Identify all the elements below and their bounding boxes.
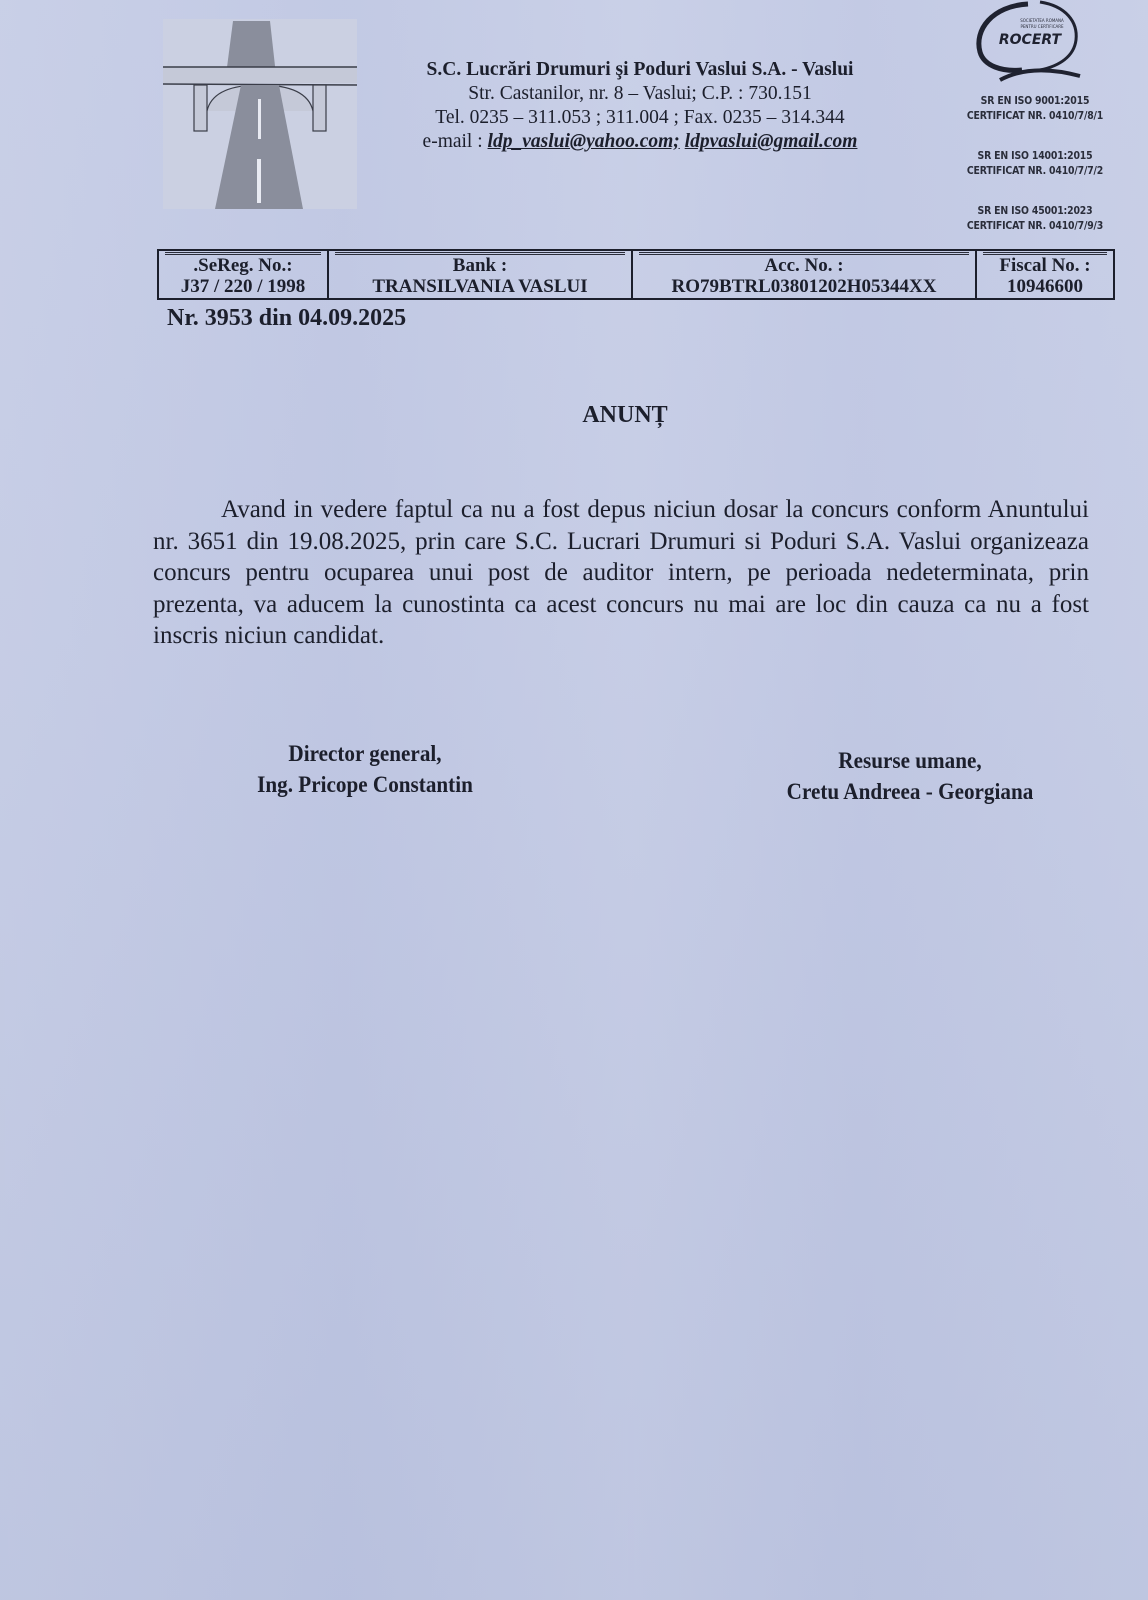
- certificate-iso-14001: SR EN ISO 14001:2015 CERTIFICAT NR. 0410…: [959, 148, 1112, 178]
- registration-cell: .SeReg. No.: J37 / 220 / 1998: [158, 250, 328, 299]
- fiscal-cell: Fiscal No. : 10946600: [976, 250, 1114, 299]
- signature-name: Ing. Pricope Constantin: [218, 769, 512, 800]
- certificate-iso-9001: SR EN ISO 9001:2015 CERTIFICAT NR. 0410/…: [959, 93, 1112, 123]
- fiscal-label: Fiscal No. :: [983, 252, 1107, 276]
- bank-cell: Bank : TRANSILVANIA VASLUI: [328, 250, 632, 299]
- certificate-number: CERTIFICAT NR. 0410/7/7/2: [959, 163, 1112, 178]
- registration-value: J37 / 220 / 1998: [165, 276, 321, 297]
- certificate-standard: SR EN ISO 9001:2015: [959, 93, 1112, 108]
- company-address: Str. Castanilor, nr. 8 – Vaslui; C.P. : …: [380, 82, 900, 106]
- bank-value: TRANSILVANIA VASLUI: [335, 276, 625, 297]
- document-title: ANUNȚ: [0, 402, 1148, 429]
- svg-text:ROCERT: ROCERT: [999, 32, 1063, 48]
- email-label: e-mail :: [423, 131, 488, 152]
- rocert-q-icon: ROCERT SOCIETATEA ROMANA PENTRU CERTIFIC…: [970, 0, 1090, 88]
- signature-name: Cretu Andreea - Georgiana: [744, 776, 1075, 807]
- document-registration-number: Nr. 3953 din 04.09.2025: [167, 305, 406, 332]
- signature-role: Director general,: [218, 738, 512, 769]
- svg-text:PENTRU CERTIFICARE: PENTRU CERTIFICARE: [1020, 24, 1064, 29]
- email-link-gmail[interactable]: ldpvaslui@gmail.com: [685, 131, 858, 152]
- email-link-yahoo[interactable]: ldp_vaslui@yahoo.com;: [488, 131, 680, 152]
- certificate-standard: SR EN ISO 45001:2023: [959, 203, 1112, 218]
- signature-hr: Resurse umane, Cretu Andreea - Georgiana: [744, 745, 1075, 807]
- signature-role: Resurse umane,: [744, 745, 1075, 776]
- rocert-logo: ROCERT SOCIETATEA ROMANA PENTRU CERTIFIC…: [970, 0, 1090, 88]
- company-email: e-mail : ldp_vaslui@yahoo.com; ldpvaslui…: [380, 130, 900, 154]
- company-header: S.C. Lucrări Drumuri şi Poduri Vaslui S.…: [380, 58, 900, 154]
- registration-label: .SeReg. No.:: [165, 252, 321, 276]
- company-phones: Tel. 0235 – 311.053 ; 311.004 ; Fax. 023…: [380, 106, 900, 130]
- document-body: Avand in vedere faptul ca nu a fost depu…: [153, 494, 1089, 652]
- certificate-number: CERTIFICAT NR. 0410/7/9/3: [959, 218, 1112, 233]
- company-logo: [163, 19, 357, 209]
- svg-text:SOCIETATEA ROMANA: SOCIETATEA ROMANA: [1020, 18, 1064, 23]
- fiscal-value: 10946600: [983, 276, 1107, 297]
- company-name: S.C. Lucrări Drumuri şi Poduri Vaslui S.…: [380, 58, 900, 82]
- signature-director: Director general, Ing. Pricope Constanti…: [218, 738, 512, 800]
- account-value: RO79BTRL03801202H05344XX: [639, 276, 969, 297]
- certificate-number: CERTIFICAT NR. 0410/7/8/1: [959, 108, 1112, 123]
- bank-label: Bank :: [335, 252, 625, 276]
- certificate-iso-45001: SR EN ISO 45001:2023 CERTIFICAT NR. 0410…: [959, 203, 1112, 233]
- company-info-table: .SeReg. No.: J37 / 220 / 1998 Bank : TRA…: [157, 249, 1115, 300]
- account-label: Acc. No. :: [639, 252, 969, 276]
- certificate-standard: SR EN ISO 14001:2015: [959, 148, 1112, 163]
- road-bridge-logo-icon: [163, 19, 357, 209]
- account-cell: Acc. No. : RO79BTRL03801202H05344XX: [632, 250, 976, 299]
